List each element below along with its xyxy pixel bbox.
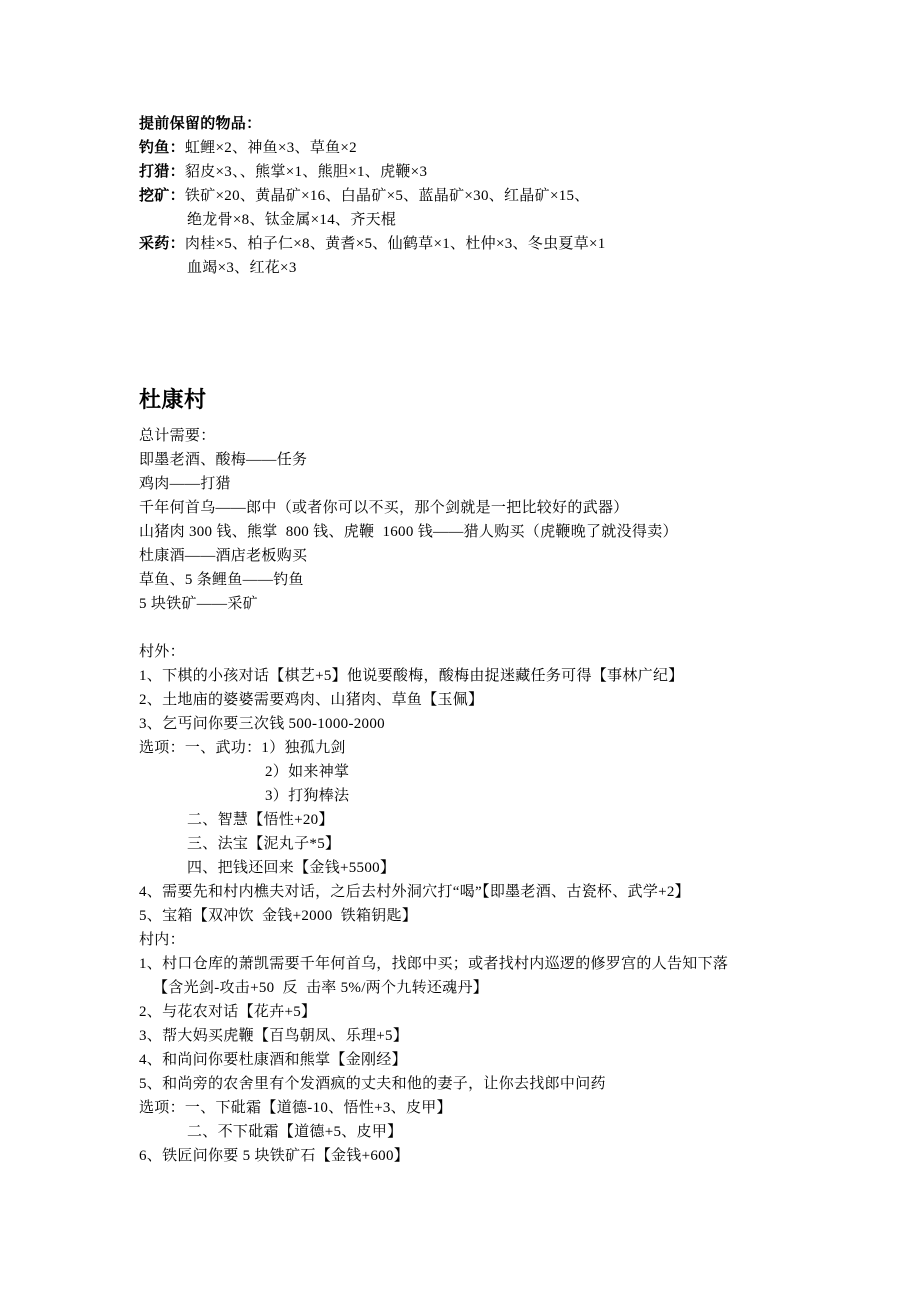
line-label: 采药： <box>139 236 185 252</box>
text-line: 钓鱼：虹鲤×2、神鱼×3、草鱼×2 <box>139 136 880 160</box>
line-text: 即墨老酒、酸梅——任务 <box>139 452 307 468</box>
text-line: 6、铁匠问你要 5 块铁矿石【金钱+600】 <box>139 1144 880 1168</box>
line-text: 铁矿×20、黄晶矿×16、白晶矿×5、蓝晶矿×30、红晶矿×15、 <box>185 188 590 204</box>
line-text: 6、铁匠问你要 5 块铁矿石【金钱+600】 <box>139 1148 409 1164</box>
line-text: 2、土地庙的婆婆需要鸡肉、山猪肉、草鱼【玉佩】 <box>139 692 483 708</box>
line-text: 二、不下砒霜【道德+5、皮甲】 <box>187 1124 402 1140</box>
line-text: 3、帮大妈买虎鞭【百鸟朝凤、乐理+5】 <box>139 1028 408 1044</box>
line-text: 4、和尚问你要杜康酒和熊掌【金刚经】 <box>139 1052 407 1068</box>
text-line: 5 块铁矿——采矿 <box>139 592 880 616</box>
text-line: 四、把钱还回来【金钱+5500】 <box>139 856 880 880</box>
text-line: 1、下棋的小孩对话【棋艺+5】他说要酸梅，酸梅由捉迷藏任务可得【事林广纪】 <box>139 664 880 688</box>
blank-line <box>139 304 880 328</box>
text-line: 4、和尚问你要杜康酒和熊掌【金刚经】 <box>139 1048 880 1072</box>
line-text: 4、需要先和村内樵夫对话，之后去村外洞穴打“喝”【即墨老酒、古瓷杯、武学+2】 <box>139 884 690 900</box>
text-line: 1、村口仓库的萧凯需要千年何首乌，找郎中买；或者找村内巡逻的修罗宫的人告知下落 <box>139 952 880 976</box>
blank-line <box>139 280 880 304</box>
line-text: 5、宝箱【双冲饮 金钱+2000 铁箱钥匙】 <box>139 908 417 924</box>
text-line: 村内： <box>139 928 880 952</box>
line-text: 村内： <box>139 932 185 948</box>
text-line: 千年何首乌——郎中（或者你可以不买，那个剑就是一把比较好的武器） <box>139 496 880 520</box>
line-text: 鸡肉——打猎 <box>139 476 231 492</box>
line-label: 挖矿： <box>139 188 185 204</box>
text-line: 3）打狗棒法 <box>139 784 880 808</box>
text-line: 打猎：貂皮×3、、熊掌×1、熊胆×1、虎鞭×3 <box>139 160 880 184</box>
line-label: 钓鱼： <box>139 140 185 156</box>
line-text: 2）如来神掌 <box>265 764 349 780</box>
text-line: 2）如来神掌 <box>139 760 880 784</box>
text-line: 杜康酒——酒店老板购买 <box>139 544 880 568</box>
line-text: 1、村口仓库的萧凯需要千年何首乌，找郎中买；或者找村内巡逻的修罗宫的人告知下落 <box>139 956 728 972</box>
blank-line <box>139 616 880 640</box>
text-line: 即墨老酒、酸梅——任务 <box>139 448 880 472</box>
line-text: 总计需要： <box>139 428 216 444</box>
line-text: 选项：一、武功：1）独孤九剑 <box>139 740 346 756</box>
line-label: 提前保留的物品： <box>139 116 261 132</box>
document-title-text: 杜康村 <box>139 387 207 412</box>
text-line: 3、帮大妈买虎鞭【百鸟朝凤、乐理+5】 <box>139 1024 880 1048</box>
text-line: 村外： <box>139 640 880 664</box>
text-line: 挖矿：铁矿×20、黄晶矿×16、白晶矿×5、蓝晶矿×30、红晶矿×15、 <box>139 184 880 208</box>
line-label: 打猎： <box>139 164 185 180</box>
text-line: 提前保留的物品： <box>139 112 880 136</box>
text-line: 草鱼、5 条鲤鱼——钓鱼 <box>139 568 880 592</box>
line-text: 1、下棋的小孩对话【棋艺+5】他说要酸梅，酸梅由捉迷藏任务可得【事林广纪】 <box>139 668 684 684</box>
line-text: 山猪肉 300 钱、熊掌 800 钱、虎鞭 1600 钱——猎人购买（虎鞭晚了就… <box>139 524 678 540</box>
text-line: 山猪肉 300 钱、熊掌 800 钱、虎鞭 1600 钱——猎人购买（虎鞭晚了就… <box>139 520 880 544</box>
line-text: 村外： <box>139 644 185 660</box>
line-text: 四、把钱还回来【金钱+5500】 <box>187 860 395 876</box>
text-line: 【含光剑-攻击+50 反 击率 5%/两个九转还魂丹】 <box>139 976 880 1000</box>
line-text: 3）打狗棒法 <box>265 788 349 804</box>
text-line: 2、与花农对话【花卉+5】 <box>139 1000 880 1024</box>
text-line: 血竭×3、红花×3 <box>139 256 880 280</box>
blank-line <box>139 328 880 352</box>
document-body: 提前保留的物品：钓鱼：虹鲤×2、神鱼×3、草鱼×2打猎：貂皮×3、、熊掌×1、熊… <box>139 112 880 1168</box>
line-text: 二、智慧【悟性+20】 <box>187 812 334 828</box>
text-line: 总计需要： <box>139 424 880 448</box>
document-title: 杜康村 <box>139 376 880 424</box>
text-line: 鸡肉——打猎 <box>139 472 880 496</box>
line-text: 杜康酒——酒店老板购买 <box>139 548 307 564</box>
text-line: 三、法宝【泥丸子*5】 <box>139 832 880 856</box>
line-text: 绝龙骨×8、钛金属×14、齐天棍 <box>187 212 396 228</box>
line-text: 5、和尚旁的农舍里有个发酒疯的丈夫和他的妻子，让你去找郎中问药 <box>139 1076 606 1092</box>
text-line: 3、乞丐问你要三次钱 500-1000-2000 <box>139 712 880 736</box>
line-text: 选项：一、下砒霜【道德-10、悟性+3、皮甲】 <box>139 1100 452 1116</box>
line-text: 2、与花农对话【花卉+5】 <box>139 1004 316 1020</box>
text-line: 绝龙骨×8、钛金属×14、齐天棍 <box>139 208 880 232</box>
line-text: 貂皮×3、、熊掌×1、熊胆×1、虎鞭×3 <box>185 164 427 180</box>
line-text: 千年何首乌——郎中（或者你可以不买，那个剑就是一把比较好的武器） <box>139 500 629 516</box>
line-text: 肉桂×5、柏子仁×8、黄耆×5、仙鹤草×1、杜仲×3、冬虫夏草×1 <box>185 236 606 252</box>
text-line: 二、不下砒霜【道德+5、皮甲】 <box>139 1120 880 1144</box>
text-line: 选项：一、下砒霜【道德-10、悟性+3、皮甲】 <box>139 1096 880 1120</box>
text-line: 采药：肉桂×5、柏子仁×8、黄耆×5、仙鹤草×1、杜仲×3、冬虫夏草×1 <box>139 232 880 256</box>
line-text: 虹鲤×2、神鱼×3、草鱼×2 <box>185 140 357 156</box>
text-line: 5、宝箱【双冲饮 金钱+2000 铁箱钥匙】 <box>139 904 880 928</box>
line-text: 血竭×3、红花×3 <box>187 260 297 276</box>
text-line: 2、土地庙的婆婆需要鸡肉、山猪肉、草鱼【玉佩】 <box>139 688 880 712</box>
line-text: 三、法宝【泥丸子*5】 <box>187 836 340 852</box>
text-line: 选项：一、武功：1）独孤九剑 <box>139 736 880 760</box>
line-text: 【含光剑-攻击+50 反 击率 5%/两个九转还魂丹】 <box>153 980 488 996</box>
text-line: 二、智慧【悟性+20】 <box>139 808 880 832</box>
line-text: 3、乞丐问你要三次钱 500-1000-2000 <box>139 716 385 732</box>
line-text: 草鱼、5 条鲤鱼——钓鱼 <box>139 572 304 588</box>
blank-line <box>139 352 880 376</box>
text-line: 5、和尚旁的农舍里有个发酒疯的丈夫和他的妻子，让你去找郎中问药 <box>139 1072 880 1096</box>
document-page: 提前保留的物品：钓鱼：虹鲤×2、神鱼×3、草鱼×2打猎：貂皮×3、、熊掌×1、熊… <box>0 0 920 1302</box>
text-line: 4、需要先和村内樵夫对话，之后去村外洞穴打“喝”【即墨老酒、古瓷杯、武学+2】 <box>139 880 880 904</box>
line-text: 5 块铁矿——采矿 <box>139 596 258 612</box>
